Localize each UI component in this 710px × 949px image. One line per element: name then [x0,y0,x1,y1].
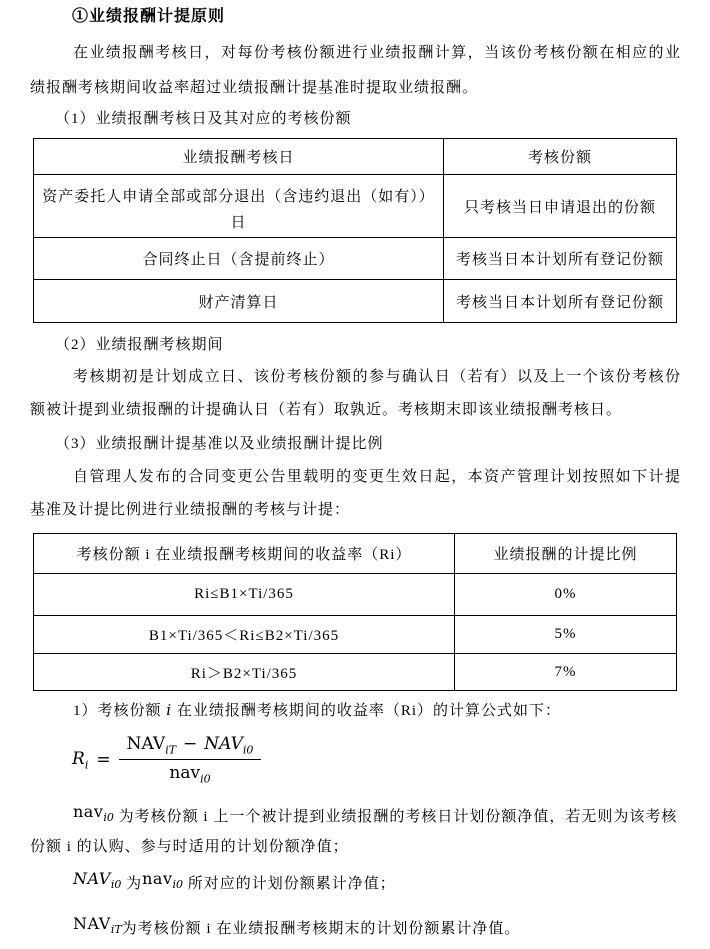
nav-i0-subscript: i0 [103,811,114,824]
minus-sign: − [183,734,197,754]
item-4-prefix: 1）考核份额 [73,703,166,719]
table-row: Ri≤B1×Ti/365 0% [34,574,677,616]
paragraph-2-line-2: 额被计提到业绩报酬的计提确认日（若有）取孰近。考核期末即该业绩报酬考核日。 [30,401,622,420]
nav-cum-initial-base: NAV [73,869,111,888]
item-4-label: 1）考核份额 i 在业绩报酬考核期间的收益率（Ri）的计算公式如下： [73,701,561,721]
table-header-row: 业绩报酬考核日 考核份额 [34,139,677,175]
t1-row2-col2: 考核当日本计划所有登记份额 [444,238,677,280]
paragraph-3-line-1: 自管理人发布的合同变更公告里载明的变更生效日起，本资产管理计划按照如下计提 [73,468,681,487]
note-2-line: NAVi0 为navi0 所对应的计划份额累计净值； [73,873,396,898]
table-row: B1×Ti/365＜Ri≤B2×Ti/365 5% [34,616,677,654]
note-1-text-1: 为考核份额 i 上一个被计提到业绩报酬的考核日计划份额净值，若无则为该考核 [114,809,677,825]
paragraph-2-line-1: 考核期初是计划成立日、该份考核份额的参与确认日（若有）以及上一个该份考核份 [73,368,681,387]
nav-i0-base: nav [73,802,103,821]
fraction-numerator: NAViT−NAVi0 [119,734,262,760]
note-1-line-1: navi0 为考核份额 i 上一个被计提到业绩报酬的考核日计划份额净值，若无则为… [73,806,677,831]
return-rate-formula: Ri = NAViT−NAVi0 navi0 [72,734,261,786]
table-row: 财产清算日 考核当日本计划所有登记份额 [34,280,677,323]
nav-terminal-inline-subscript: iT [111,923,122,936]
paragraph-3-line-2: 基准及计提比例进行业绩报酬的考核与计提： [30,501,350,520]
nav-initial-base: NAV [204,734,243,754]
t2-header-col1: 考核份额 i 在业绩报酬考核期间的收益率（Ri） [34,534,455,574]
nav-initial-subscript: i0 [243,743,254,756]
item-3-label: （3）业绩报酬计提基准以及业绩报酬计提比例 [55,435,384,454]
fraction-denominator: navi0 [169,760,210,785]
nav-terminal-inline-base: NAV [73,914,111,933]
section-heading: ①业绩报酬计提原则 [72,7,225,26]
t1-row1-col1: 资产委托人申请全部或部分退出（含违约退出（如有）） 日 [34,175,444,238]
t1-row3-col2: 考核当日本计划所有登记份额 [444,280,677,323]
note-3-line: NAViT为考核份额 i 在业绩报酬考核期末的计划份额累计净值。 [73,918,520,943]
table-row: 资产委托人申请全部或部分退出（含违约退出（如有）） 日 只考核当日申请退出的份额 [34,175,677,238]
note-1-line-2: 份额 i 的认购、参与时适用的计划份额净值； [30,838,349,857]
document-page: ①业绩报酬计提原则 在业绩报酬考核日，对每份考核份额进行业绩报酬计算，当该份考核… [0,0,710,949]
nav-lower-inline-variable: navi0 [142,869,183,888]
t1-row3-col1: 财产清算日 [34,280,444,323]
nav-cum-initial-variable: NAVi0 [73,869,121,888]
formula-lhs-subscript: i [85,758,89,771]
nav-cum-initial-subscript: i0 [111,878,122,891]
t2-row3-rate: 7% [455,654,677,691]
nav-terminal-inline-variable: NAViT [73,914,122,933]
formula-fraction: NAViT−NAVi0 navi0 [119,734,262,786]
item-4-suffix: 在业绩报酬考核期间的收益率（Ri）的计算公式如下： [172,703,561,719]
t2-row1-rate: 0% [455,574,677,616]
t1-row1-col1-line2: 日 [38,214,439,232]
t1-header-col1: 业绩报酬考核日 [34,139,444,175]
paragraph-1-line-1: 在业绩报酬考核日，对每份考核份额进行业绩报酬计算，当该份考核份额在相应的业 [73,44,681,63]
t2-row1-condition: Ri≤B1×Ti/365 [34,574,455,616]
nav-lower-inline-base: nav [142,869,172,888]
nav-lower-inline-subscript: i0 [173,878,184,891]
item-2-label: （2）业绩报酬考核期间 [55,336,224,355]
t1-row2-col1: 合同终止日（含提前终止） [34,238,444,280]
t2-row2-condition: B1×Ti/365＜Ri≤B2×Ti/365 [34,616,455,654]
nav-lower-subscript: i0 [200,773,211,786]
note-3-text: 为考核份额 i 在业绩报酬考核期末的计划份额累计净值。 [122,921,521,937]
t2-row3-condition: Ri＞B2×Ti/365 [34,654,455,691]
note-2-text: 所对应的计划份额累计净值； [183,876,396,892]
t2-header-col2: 业绩报酬的计提比例 [455,534,677,574]
paragraph-1-line-2: 绩报酬考核期间收益率超过业绩报酬计提基准时提取业绩报酬。 [30,79,478,98]
t1-row1-col1-line1: 资产委托人申请全部或部分退出（含违约退出（如有）） [38,181,439,214]
nav-i0-variable: navi0 [73,802,114,821]
table-row: Ri＞B2×Ti/365 7% [34,654,677,691]
t1-row1-col2: 只考核当日申请退出的份额 [444,175,677,238]
nav-terminal-base: NAV [127,734,166,754]
item-1-label: （1）业绩报酬考核日及其对应的考核份额 [55,110,352,129]
equals-sign: = [96,750,110,770]
assessment-day-table: 业绩报酬考核日 考核份额 资产委托人申请全部或部分退出（含违约退出（如有）） 日… [33,138,677,323]
t2-row2-rate: 5% [455,616,677,654]
table-header-row: 考核份额 i 在业绩报酬考核期间的收益率（Ri） 业绩报酬的计提比例 [34,534,677,574]
nav-terminal-subscript: iT [165,743,176,756]
nav-lower-base: nav [169,763,200,783]
formula-lhs: Ri [72,749,88,771]
table-row: 合同终止日（含提前终止） 考核当日本计划所有登记份额 [34,238,677,280]
rate-table: 考核份额 i 在业绩报酬考核期间的收益率（Ri） 业绩报酬的计提比例 Ri≤B1… [33,533,677,691]
t1-header-col2: 考核份额 [444,139,677,175]
note-2-link-text: 为 [121,876,142,892]
formula-lhs-base: R [72,749,85,769]
